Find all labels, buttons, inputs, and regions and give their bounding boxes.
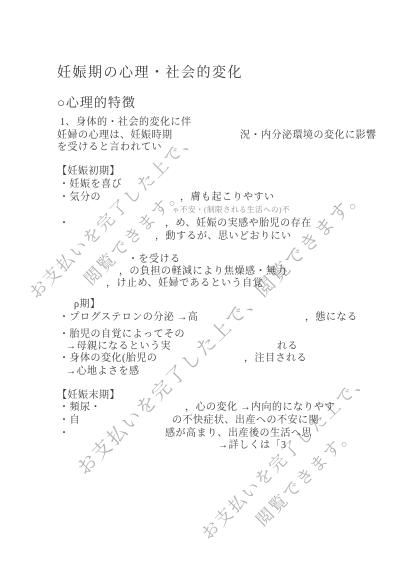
mid-bullet-2-arrow: →母親になるという実 xyxy=(66,342,171,352)
early-stage-header: 【妊娠初期】 xyxy=(57,167,120,177)
intro-line-3: を受けると言われてい xyxy=(57,143,162,153)
intro-line-2-right: 況・内分泌環境の変化に影響 xyxy=(240,131,377,141)
document-page: お支払いを完了した上で、 閲覧できます。 お支払いを完了した上で、閲覧できます。… xyxy=(0,0,410,580)
mid-bullet-3-right: ，注目される xyxy=(244,354,307,364)
watermark-text: お支払いを完了した上で、 xyxy=(195,366,376,547)
early-bullet-1: ・妊娠を喜び xyxy=(59,180,122,190)
late-stage-header: 【妊娠末期】 xyxy=(57,391,120,401)
watermark-block-bottom-right: お支払いを完了した上で、 閲覧できます。 xyxy=(195,366,397,568)
early-bullet-2-left: ・気分の xyxy=(59,193,101,203)
early-bullet-3-cont: ，動するが、思いどおりにい xyxy=(155,232,292,242)
late-bullet-2-left: ・自 xyxy=(59,416,80,426)
late-bullet-3-text: 感が高まり、出産後の生活へ思 xyxy=(165,429,312,439)
late-bullet-1-right: ，心の変化 →内向的になりやす xyxy=(185,403,335,413)
intro-line-1: 1、身体的・社会的変化に伴 xyxy=(60,118,192,128)
early-bullet-3-text: ，め、妊娠の実感や胎児の存在 xyxy=(165,219,312,229)
early-bullet-3-marker: ・ xyxy=(59,219,70,229)
early-small-note: ゃ不安・(制限される生活への)不 xyxy=(172,206,290,214)
late-bullet-3-marker: ・ xyxy=(59,429,70,439)
early-bullet-4: ・を受ける xyxy=(128,255,181,265)
mid-bullet-3-arrow: →心地よさを感 xyxy=(66,367,140,377)
page-title: 妊娠期の心理・社会的変化 xyxy=(57,67,243,81)
intro-line-2-left: 妊婦の心理は、妊娠時期 xyxy=(57,131,173,141)
mid-bullet-2-tail: れる xyxy=(277,342,298,352)
early-bullet-6: ，け止め、妊婦であるという自覚 xyxy=(106,279,263,289)
late-bullet-2-right: の不快症状、出産への不安に関 xyxy=(172,416,319,426)
mid-bullet-1-left: ・プログステロンの分泌 →高 xyxy=(59,313,198,323)
mid-bullet-3-left: ・身体の変化(胎児の xyxy=(59,354,157,364)
section-heading: ○心理的特徴 xyxy=(57,96,136,109)
early-bullet-5: ，の負担の軽減により焦燥感・無力 xyxy=(119,267,287,277)
early-bullet-2-right: ，膚も起こりやすい xyxy=(180,193,275,203)
mid-bullet-1-right: ，態になる xyxy=(305,313,358,323)
mid-bullet-2: ・胎児の自覚によってその xyxy=(59,330,185,340)
watermark-text: 閲覧できます。 xyxy=(216,387,397,568)
late-bullet-4-arrow: →詳しくは「3 xyxy=(218,441,287,451)
mid-stage-header: ρ期】 xyxy=(74,300,101,310)
late-bullet-1-left: ・頻尿・ xyxy=(59,403,101,413)
